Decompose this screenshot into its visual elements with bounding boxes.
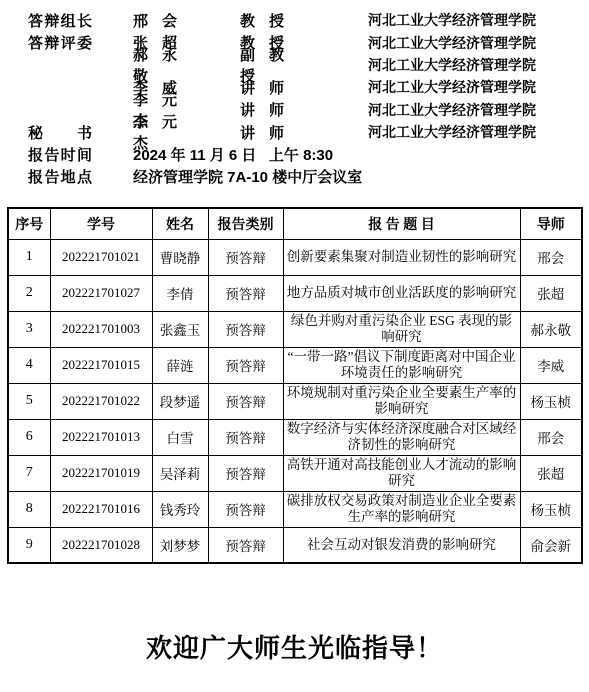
student-id-cell: 202221701015	[50, 347, 152, 383]
report-title-cell: 数字经济与实体经济深度融合对区域经济韧性的影响研究	[283, 419, 520, 455]
report-title-cell: 绿色并购对重污染企业 ESG 表现的影响研究	[283, 311, 520, 347]
advisor-cell: 李威	[520, 347, 582, 383]
name-cell: 曹晓静	[152, 239, 208, 275]
report-time-value: 2024 年 11 月 6 日 上午 8:30	[133, 144, 333, 165]
report-type-cell: 预答辩	[208, 455, 283, 491]
header-advisor: 导师	[520, 208, 582, 239]
table-header-row: 序号 学号 姓名 报告类别 报 告 题 目 导师	[8, 208, 582, 239]
welcome-message: 欢迎广大师生光临指导！	[0, 628, 589, 665]
advisor-cell: 郝永敬	[520, 311, 582, 347]
committee-member-name: 邢会	[133, 10, 177, 31]
committee-role-label: 秘书	[28, 122, 92, 143]
seq-cell: 2	[8, 275, 50, 311]
table-row: 6 202221701013 白雪 预答辩 数字经济与实体经济深度融合对区域经济…	[8, 419, 582, 455]
report-type-cell: 预答辩	[208, 347, 283, 383]
report-type-cell: 预答辩	[208, 275, 283, 311]
table-row: 4 202221701015 薛涟 预答辩 “一带一路”倡议下制度距离对中国企业…	[8, 347, 582, 383]
committee-row: 李威 讲师 河北工业大学经济管理学院	[28, 76, 589, 98]
report-type-cell: 预答辩	[208, 491, 283, 527]
seq-cell: 5	[8, 383, 50, 419]
committee-row: 秘书 李元杰 讲师 河北工业大学经济管理学院	[28, 121, 589, 143]
report-type-cell: 预答辩	[208, 311, 283, 347]
student-id-cell: 202221701028	[50, 527, 152, 563]
seq-cell: 1	[8, 239, 50, 275]
report-title-cell: 碳排放权交易政策对制造业企业全要素生产率的影响研究	[283, 491, 520, 527]
table-row: 5 202221701022 段梦遥 预答辩 环境规制对重污染企业全要素生产率的…	[8, 383, 582, 419]
student-id-cell: 202221701021	[50, 239, 152, 275]
committee-member-org: 河北工业大学经济管理学院	[368, 100, 589, 120]
student-id-cell: 202221701003	[50, 311, 152, 347]
report-title-cell: 社会互动对银发消费的影响研究	[283, 527, 520, 563]
report-type-cell: 预答辩	[208, 383, 283, 419]
name-cell: 薛涟	[152, 347, 208, 383]
committee-role-label: 答辩评委	[28, 32, 92, 53]
document-page: 答辩组长 邢会 教授 河北工业大学经济管理学院 答辩评委 张超 教授 河北工业大…	[0, 0, 589, 692]
header-report-title: 报 告 题 目	[283, 208, 520, 239]
header-report-type: 报告类别	[208, 208, 283, 239]
advisor-cell: 杨玉桢	[520, 491, 582, 527]
table-row: 7 202221701019 吴泽莉 预答辩 高铁开通对高技能创业人才流动的影响…	[8, 455, 582, 491]
table-row: 8 202221701016 钱秀玲 预答辩 碳排放权交易政策对制造业企业全要素…	[8, 491, 582, 527]
header-name: 姓名	[152, 208, 208, 239]
committee-member-org: 河北工业大学经济管理学院	[368, 77, 589, 97]
report-type-cell: 预答辩	[208, 527, 283, 563]
name-cell: 段梦遥	[152, 383, 208, 419]
table-row: 9 202221701028 刘梦梦 预答辩 社会互动对银发消费的影响研究 俞会…	[8, 527, 582, 563]
name-cell: 白雪	[152, 419, 208, 455]
name-cell: 钱秀玲	[152, 491, 208, 527]
seq-cell: 7	[8, 455, 50, 491]
schedule-table: 序号 学号 姓名 报告类别 报 告 题 目 导师 1 202221701021 …	[7, 207, 583, 564]
student-id-cell: 202221701013	[50, 419, 152, 455]
advisor-cell: 邢会	[520, 239, 582, 275]
table-row: 1 202221701021 曹晓静 预答辩 创新要素集聚对制造业韧性的影响研究…	[8, 239, 582, 275]
report-title-cell: 创新要素集聚对制造业韧性的影响研究	[283, 239, 520, 275]
committee-member-title: 讲师	[240, 99, 284, 120]
advisor-cell: 张超	[520, 275, 582, 311]
committee-member-org: 河北工业大学经济管理学院	[368, 10, 589, 30]
seq-cell: 6	[8, 419, 50, 455]
table-row: 2 202221701027 李倩 预答辩 地方品质对城市创业活跃度的影响研究 …	[8, 275, 582, 311]
committee-member-title: 讲师	[240, 77, 284, 98]
student-id-cell: 202221701022	[50, 383, 152, 419]
name-cell: 刘梦梦	[152, 527, 208, 563]
committee-member-title: 讲师	[240, 122, 284, 143]
advisor-cell: 杨玉桢	[520, 383, 582, 419]
advisor-cell: 邢会	[520, 419, 582, 455]
committee-row: 答辩组长 邢会 教授 河北工业大学经济管理学院	[28, 9, 589, 31]
seq-cell: 4	[8, 347, 50, 383]
report-place-value: 经济管理学院 7A-10 楼中厅会议室	[133, 166, 362, 187]
header-student-id: 学号	[50, 208, 152, 239]
student-id-cell: 202221701027	[50, 275, 152, 311]
name-cell: 李倩	[152, 275, 208, 311]
committee-info-section: 答辩组长 邢会 教授 河北工业大学经济管理学院 答辩评委 张超 教授 河北工业大…	[0, 0, 589, 188]
report-place-row: 报告地点 经济管理学院 7A-10 楼中厅会议室	[28, 166, 589, 188]
name-cell: 张鑫玉	[152, 311, 208, 347]
advisor-cell: 俞会新	[520, 527, 582, 563]
report-type-cell: 预答辩	[208, 419, 283, 455]
report-title-cell: 地方品质对城市创业活跃度的影响研究	[283, 275, 520, 311]
seq-cell: 9	[8, 527, 50, 563]
seq-cell: 8	[8, 491, 50, 527]
committee-member-org: 河北工业大学经济管理学院	[368, 33, 589, 53]
advisor-cell: 张超	[520, 455, 582, 491]
student-id-cell: 202221701016	[50, 491, 152, 527]
report-time-label: 报告时间	[28, 144, 92, 165]
committee-row: 李元杰 讲师 河北工业大学经济管理学院	[28, 99, 589, 121]
report-place-label: 报告地点	[28, 166, 92, 187]
seq-cell: 3	[8, 311, 50, 347]
report-title-cell: 环境规制对重污染企业全要素生产率的影响研究	[283, 383, 520, 419]
committee-role-label: 答辩组长	[28, 10, 92, 31]
report-type-cell: 预答辩	[208, 239, 283, 275]
report-time-row: 报告时间 2024 年 11 月 6 日 上午 8:30	[28, 143, 589, 165]
table-row: 3 202221701003 张鑫玉 预答辩 绿色并购对重污染企业 ESG 表现…	[8, 311, 582, 347]
committee-member-title: 教授	[240, 10, 284, 31]
committee-member-org: 河北工业大学经济管理学院	[368, 122, 589, 142]
report-title-cell: 高铁开通对高技能创业人才流动的影响研究	[283, 455, 520, 491]
report-title-cell: “一带一路”倡议下制度距离对中国企业环境责任的影响研究	[283, 347, 520, 383]
header-seq: 序号	[8, 208, 50, 239]
committee-member-org: 河北工业大学经济管理学院	[368, 55, 589, 75]
name-cell: 吴泽莉	[152, 455, 208, 491]
committee-row: 郝永敬 副教授 河北工业大学经济管理学院	[28, 54, 589, 76]
student-id-cell: 202221701019	[50, 455, 152, 491]
